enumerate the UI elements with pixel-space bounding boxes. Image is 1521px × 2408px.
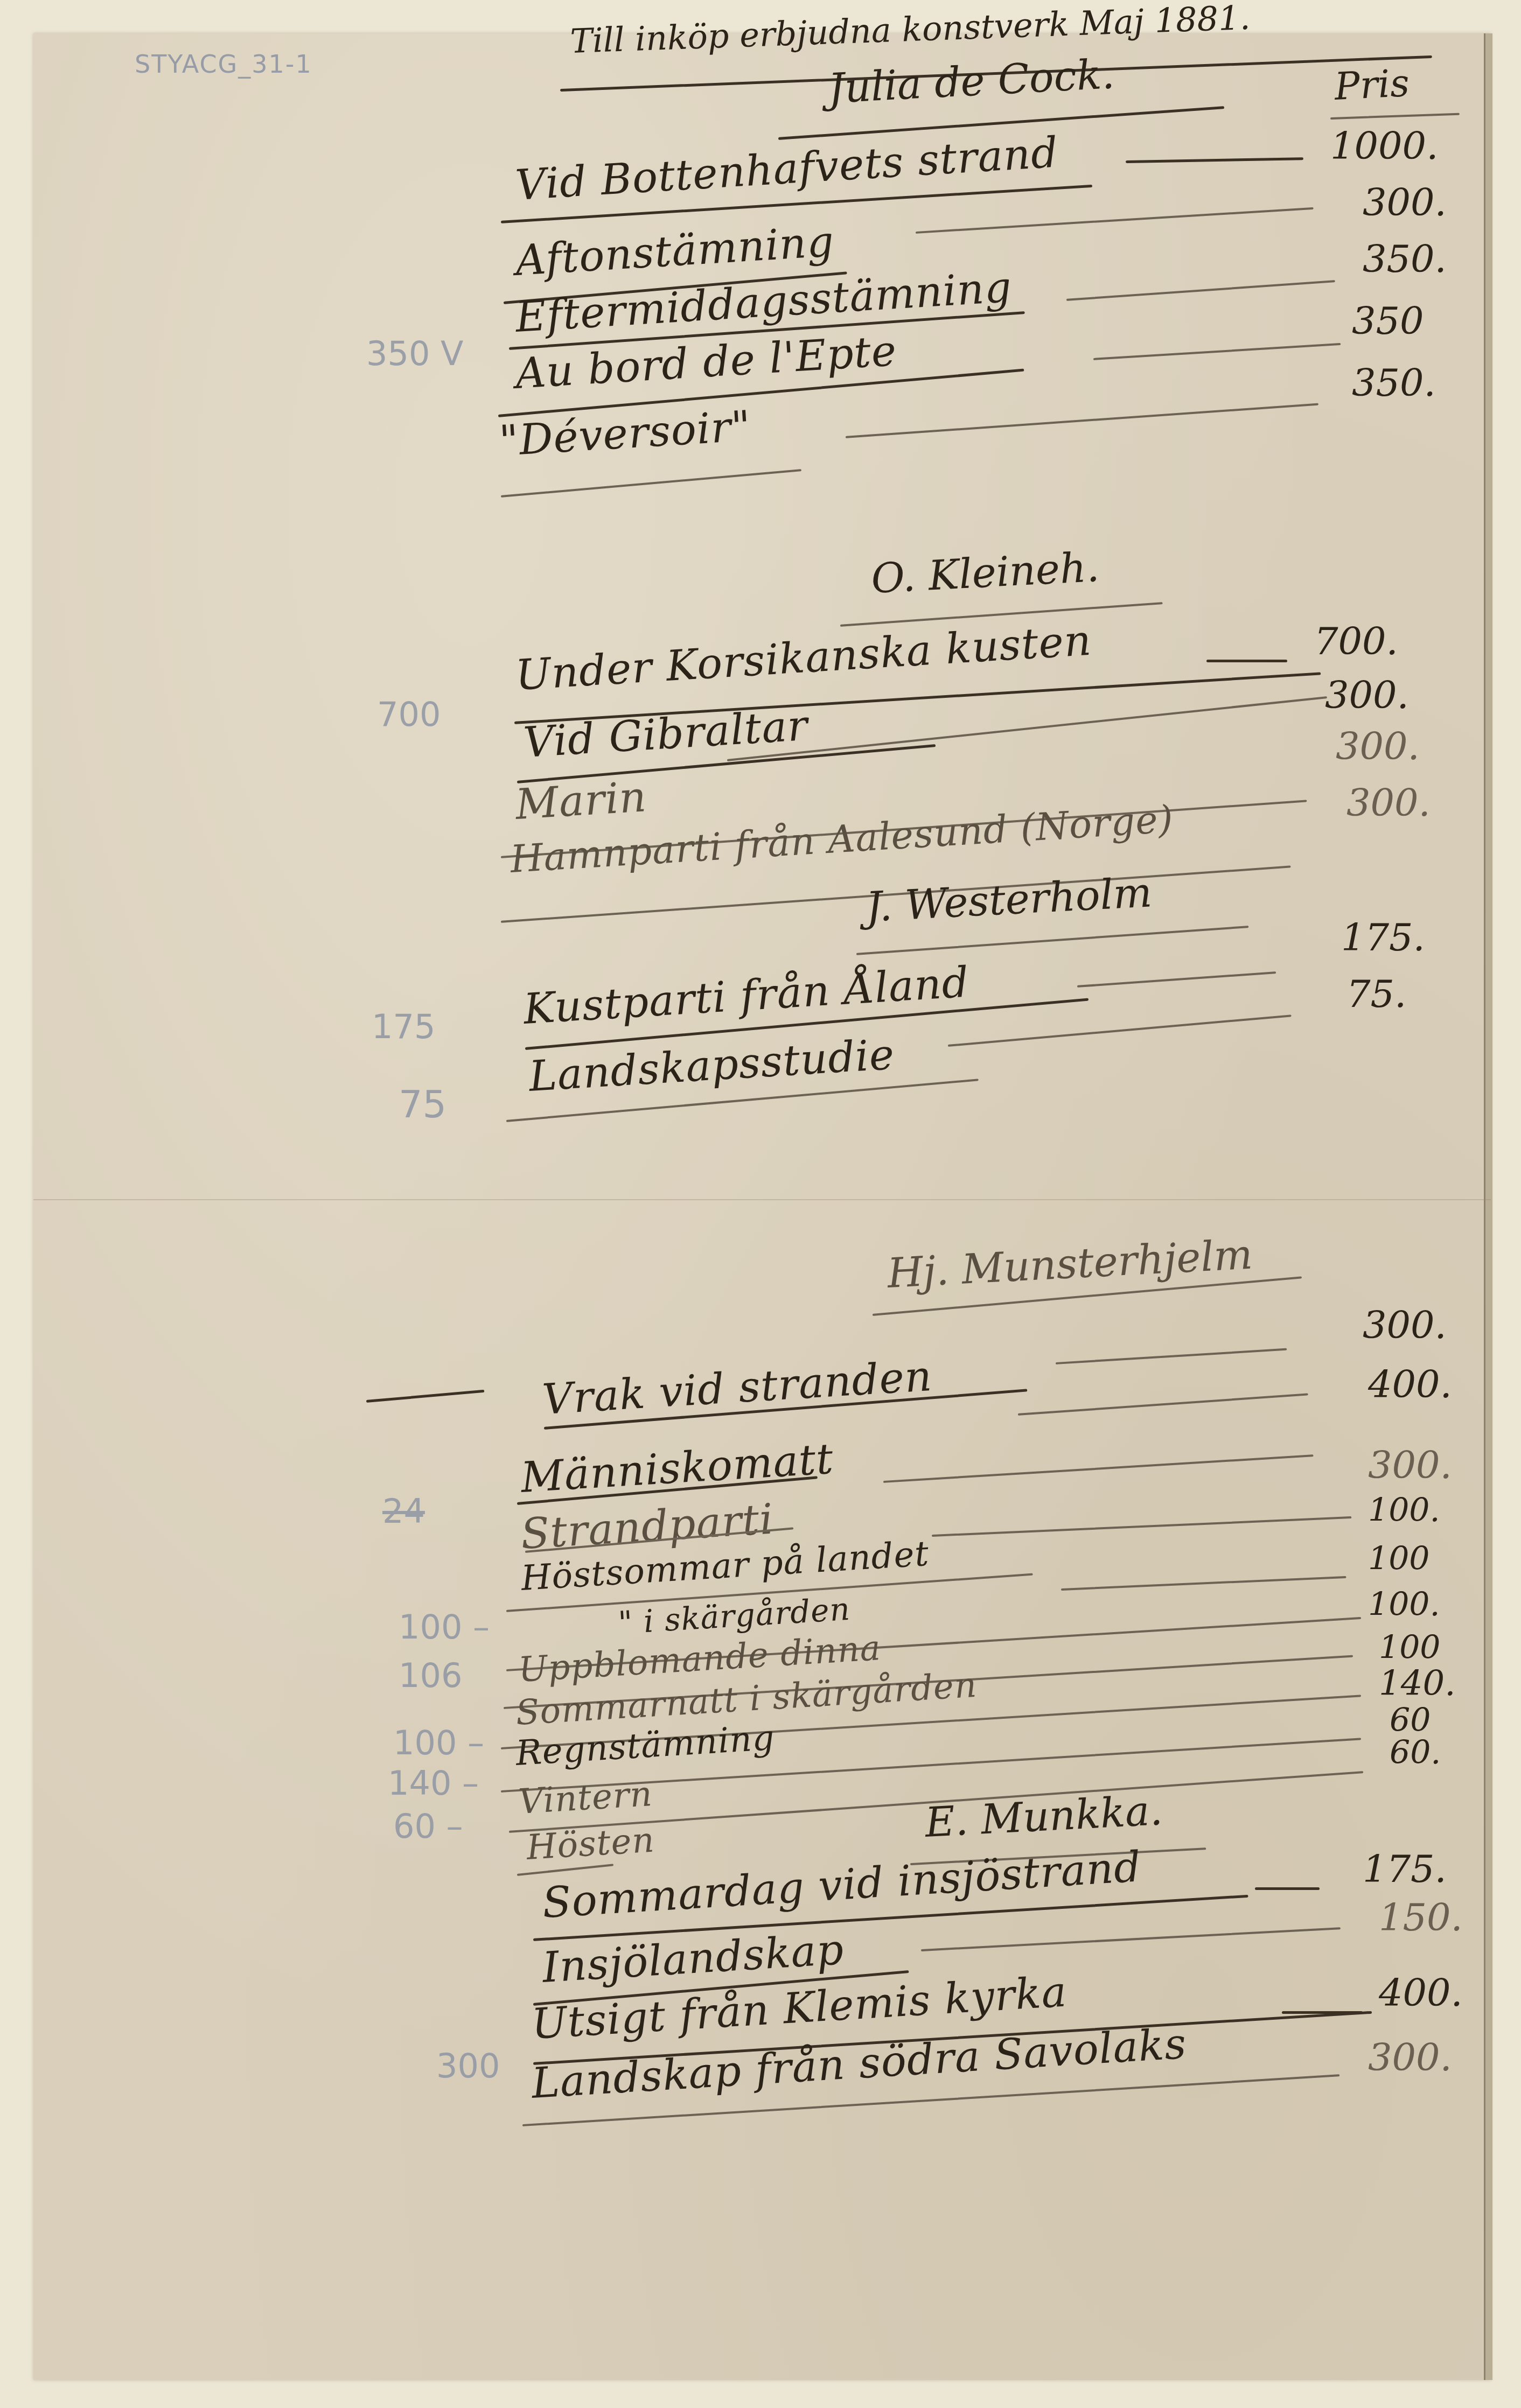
artwork-price: 100. — [1368, 1586, 1440, 1623]
row-leader — [1206, 660, 1287, 662]
artwork-price: 300. — [1368, 1443, 1452, 1487]
pencil-margin-note: 140 – — [388, 1763, 479, 1803]
artwork-price: 300. — [1336, 724, 1420, 768]
artwork-price: 300. — [1363, 1303, 1447, 1347]
artwork-price: 150. — [1379, 1895, 1463, 1940]
pencil-margin-note: 100 – — [393, 1723, 484, 1762]
artwork-price: 350. — [1352, 361, 1436, 405]
pencil-margin-note: 106 — [399, 1656, 462, 1695]
artwork-price: 60. — [1390, 1734, 1441, 1772]
price-column-label: Pris — [1334, 61, 1411, 109]
archive-stamp: STYACG_31-1 — [135, 50, 312, 79]
artwork-price: 100 — [1368, 1540, 1430, 1578]
pencil-margin-note: 60 – — [393, 1807, 463, 1846]
artwork-price: 300. — [1363, 180, 1447, 225]
artwork-price: 400. — [1368, 1362, 1452, 1406]
pencil-margin-note: 100 – — [399, 1607, 490, 1647]
artwork-price: 700. — [1314, 619, 1398, 663]
paper-fold-line — [33, 1199, 1491, 1200]
artwork-price: 350. — [1363, 237, 1447, 281]
artwork-price: 175. — [1341, 915, 1425, 960]
artwork-price: 400. — [1379, 1971, 1463, 2015]
pencil-margin-note: 75 — [399, 1082, 446, 1126]
artwork-price: 100 — [1379, 1629, 1441, 1667]
artwork-price: 140. — [1379, 1664, 1456, 1704]
artwork-price: 350 — [1352, 299, 1424, 343]
pencil-margin-note: 700 — [377, 695, 441, 734]
pencil-margin-note: 350 V — [366, 334, 463, 373]
artwork-title: Marin — [514, 773, 648, 829]
pencil-margin-note: 175 — [372, 1007, 435, 1046]
artwork-price: 175. — [1363, 1847, 1447, 1891]
page-edge — [1484, 33, 1492, 2380]
artwork-price: 100. — [1368, 1492, 1440, 1529]
pencil-margin-note-crossed: 24 — [382, 1492, 425, 1531]
artwork-price: 75. — [1346, 972, 1406, 1016]
artwork-title: Vintern — [517, 1774, 653, 1822]
pencil-margin-note: 300 — [436, 2046, 500, 2085]
artwork-price: 300. — [1368, 2035, 1452, 2080]
artwork-price: 1000. — [1330, 124, 1438, 168]
artwork-price: 300. — [1346, 781, 1431, 825]
artwork-price: 300. — [1325, 673, 1409, 717]
artwork-title: Hösten — [525, 1821, 655, 1868]
row-leader — [1255, 1887, 1320, 1890]
